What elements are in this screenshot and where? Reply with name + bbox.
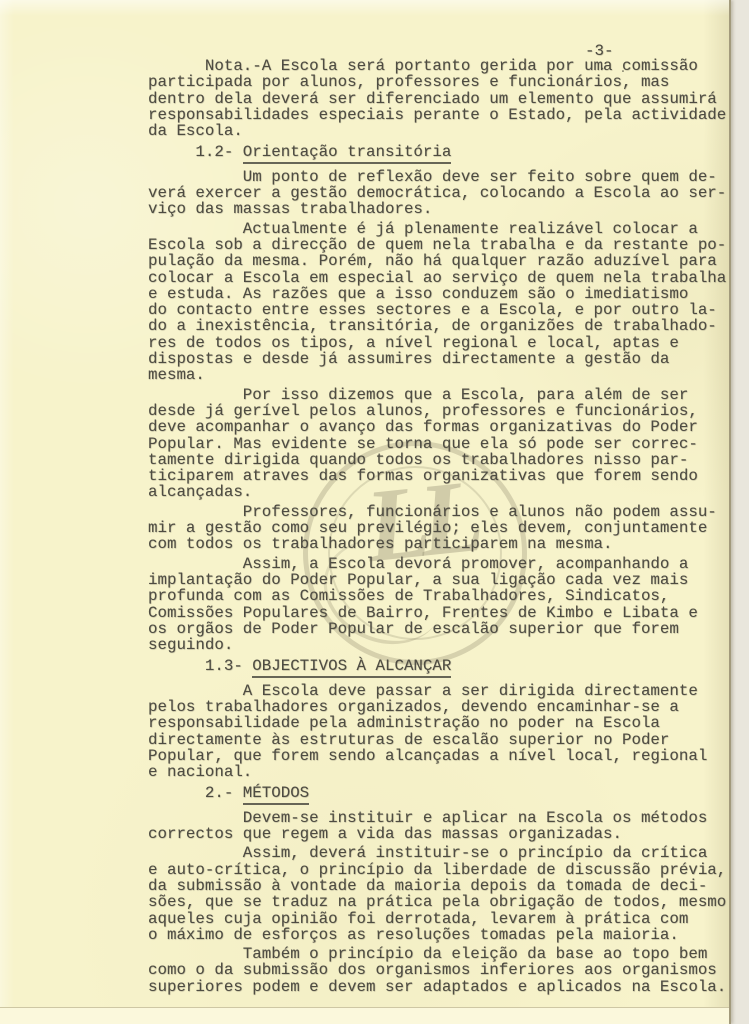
paragraph-professores: Professores, funcionários e alunos não p… bbox=[148, 504, 748, 553]
paragraph-tambem: Também o princípio da eleição da base ao… bbox=[148, 946, 748, 995]
section-heading-1-2: 1.2- Orientação transitória bbox=[148, 144, 748, 160]
paragraph-devem-se: Devem-se instituir e aplicar na Escola o… bbox=[148, 810, 748, 843]
section-number-1-2: 1.2- bbox=[148, 143, 243, 161]
section-title-1-3: OBJECTIVOS À ALCANÇAR bbox=[252, 657, 451, 678]
paragraph-por-isso: Por isso dizemos que a Escola, para além… bbox=[148, 387, 748, 501]
section-number-1-3: 1.3- bbox=[148, 657, 252, 675]
section-heading-1-3: 1.3- OBJECTIVOS À ALCANÇAR bbox=[148, 658, 748, 674]
section-title-1-2: Orientação transitória bbox=[243, 143, 452, 164]
section-heading-2: 2.- MÉTODOS bbox=[148, 785, 748, 801]
section-title-2: MÉTODOS bbox=[243, 784, 309, 805]
paragraph-assim-devera: Assim, deverá instituir-se o princípio d… bbox=[148, 845, 748, 943]
page-bottom-edge bbox=[0, 1007, 729, 1024]
paragraph-a-escola: A Escola deve passar a ser dirigida dire… bbox=[148, 683, 748, 781]
section-number-2: 2.- bbox=[148, 784, 243, 802]
paragraph-assim-escola: Assim, a Escola devorá promover, acompan… bbox=[148, 556, 748, 654]
paragraph-um-ponto: Um ponto de reflexão deve ser feito sobr… bbox=[148, 169, 748, 218]
paragraph-actualmente: Actualmente é já plenamente realizável c… bbox=[148, 221, 748, 384]
paragraph-nota: Nota.-A Escola será portanto gerida por … bbox=[148, 58, 748, 139]
document-body: Nota.-A Escola será portanto gerida por … bbox=[148, 58, 748, 998]
